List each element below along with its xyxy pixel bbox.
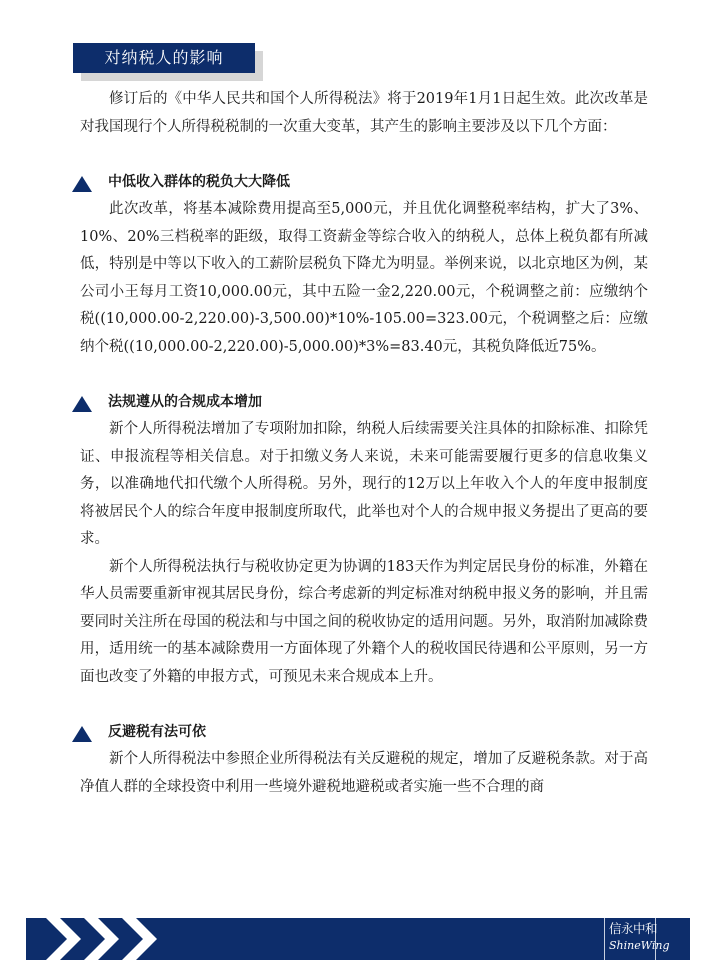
intro-paragraph: 修订后的《中华人民共和国个人所得税法》将于2019年1月1日起生效。此次改革是对… <box>80 86 648 141</box>
section-heading-text: 中低收入群体的税负大大降低 <box>108 174 290 190</box>
spacer <box>80 691 648 719</box>
triangle-bullet-icon <box>72 396 92 412</box>
paragraph: 新个人所得税法执行与税收协定更为协调的183天作为判定居民身份的标准，外籍在华人… <box>80 554 648 692</box>
document-body: 修订后的《中华人民共和国个人所得税法》将于2019年1月1日起生效。此次改革是对… <box>80 86 648 801</box>
spacer <box>80 361 648 389</box>
spacer <box>80 141 648 169</box>
triangle-bullet-icon <box>72 726 92 742</box>
chevron-arrows-icon <box>46 918 206 960</box>
logo-english-text: ShineWing <box>609 938 651 954</box>
triangle-bullet-icon <box>72 176 92 192</box>
paragraph: 新个人所得税法中参照企业所得税法有关反避税的规定，增加了反避税条款。对于高净值人… <box>80 746 648 801</box>
section-heading-tax-burden: 中低收入群体的税负大大降低 <box>76 169 648 197</box>
logo-chinese-text: 信永中和 <box>609 920 651 938</box>
shinewing-logo: 信永中和 ShineWing <box>604 918 656 960</box>
paragraph: 新个人所得税法增加了专项附加扣除，纳税人后续需要关注具体的扣除标准、扣除凭证、申… <box>80 416 648 554</box>
section-heading-compliance-cost: 法规遵从的合规成本增加 <box>76 389 648 417</box>
section-heading-anti-avoidance: 反避税有法可依 <box>76 719 648 747</box>
section-title: 对纳税人的影响 <box>73 43 255 73</box>
footer-band: 信永中和 ShineWing <box>26 918 690 960</box>
section-heading-text: 法规遵从的合规成本增加 <box>108 394 262 410</box>
paragraph: 此次改革，将基本减除费用提高至5,000元，并且优化调整税率结构，扩大了3%、1… <box>80 196 648 361</box>
section-heading-text: 反避税有法可依 <box>108 724 206 740</box>
